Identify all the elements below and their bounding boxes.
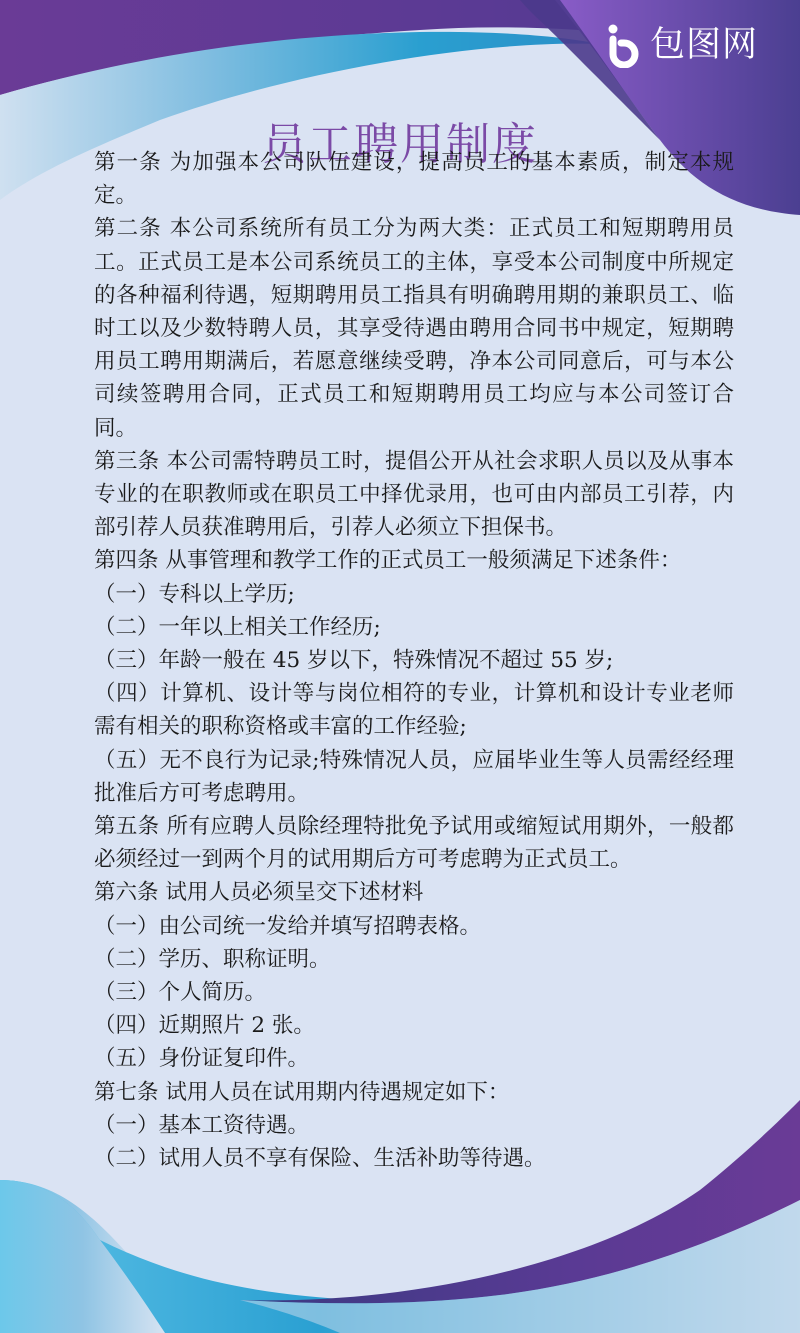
article-6: 第六条 试用人员必须呈交下述材料: [94, 876, 734, 909]
baotu-b-icon: [606, 22, 644, 68]
article-6-item-4: （四）近期照片 2 张。: [94, 1009, 734, 1042]
article-4-item-3: （三）年龄一般在 45 岁以下，特殊情况不超过 55 岁;: [94, 644, 734, 677]
article-4-item-2: （二）一年以上相关工作经历;: [94, 611, 734, 644]
article-4-item-1: （一）专科以上学历;: [94, 578, 734, 611]
article-7-item-1: （一）基本工资待遇。: [94, 1109, 734, 1142]
article-6-item-5: （五）身份证复印件。: [94, 1042, 734, 1075]
brand-logo[interactable]: 包图网: [606, 22, 758, 68]
article-3: 第三条 本公司需特聘员工时，提倡公开从社会求职人员以及从事本专业的在职教师或在职…: [94, 445, 734, 545]
article-7: 第七条 试用人员在试用期内待遇规定如下：: [94, 1076, 734, 1109]
article-4-item-5: （五）无不良行为记录;特殊情况人员，应届毕业生等人员需经经理批准后方可考虑聘用。: [94, 744, 734, 810]
article-6-item-2: （二）学历、职称证明。: [94, 943, 734, 976]
article-6-item-3: （三）个人简历。: [94, 976, 734, 1009]
article-5: 第五条 所有应聘人员除经理特批免予试用或缩短试用期外，一般都必须经过一到两个月的…: [94, 810, 734, 876]
article-7-item-2: （二）试用人员不享有保险、生活补助等待遇。: [94, 1142, 734, 1175]
article-4-item-4: （四）计算机、设计等与岗位相符的专业，计算机和设计专业老师需有相关的职称资格或丰…: [94, 677, 734, 743]
article-1: 第一条 为加强本公司队伍建设，提高员工的基本素质，制定本规定。: [94, 146, 734, 212]
article-6-item-1: （一）由公司统一发给并填写招聘表格。: [94, 910, 734, 943]
brand-name: 包图网: [650, 22, 758, 68]
article-4: 第四条 从事管理和教学工作的正式员工一般须满足下述条件：: [94, 544, 734, 577]
article-2: 第二条 本公司系统所有员工分为两大类：正式员工和短期聘用员工。正式员工是本公司系…: [94, 212, 734, 444]
document-body: 第一条 为加强本公司队伍建设，提高员工的基本素质，制定本规定。 第二条 本公司系…: [94, 146, 734, 1175]
